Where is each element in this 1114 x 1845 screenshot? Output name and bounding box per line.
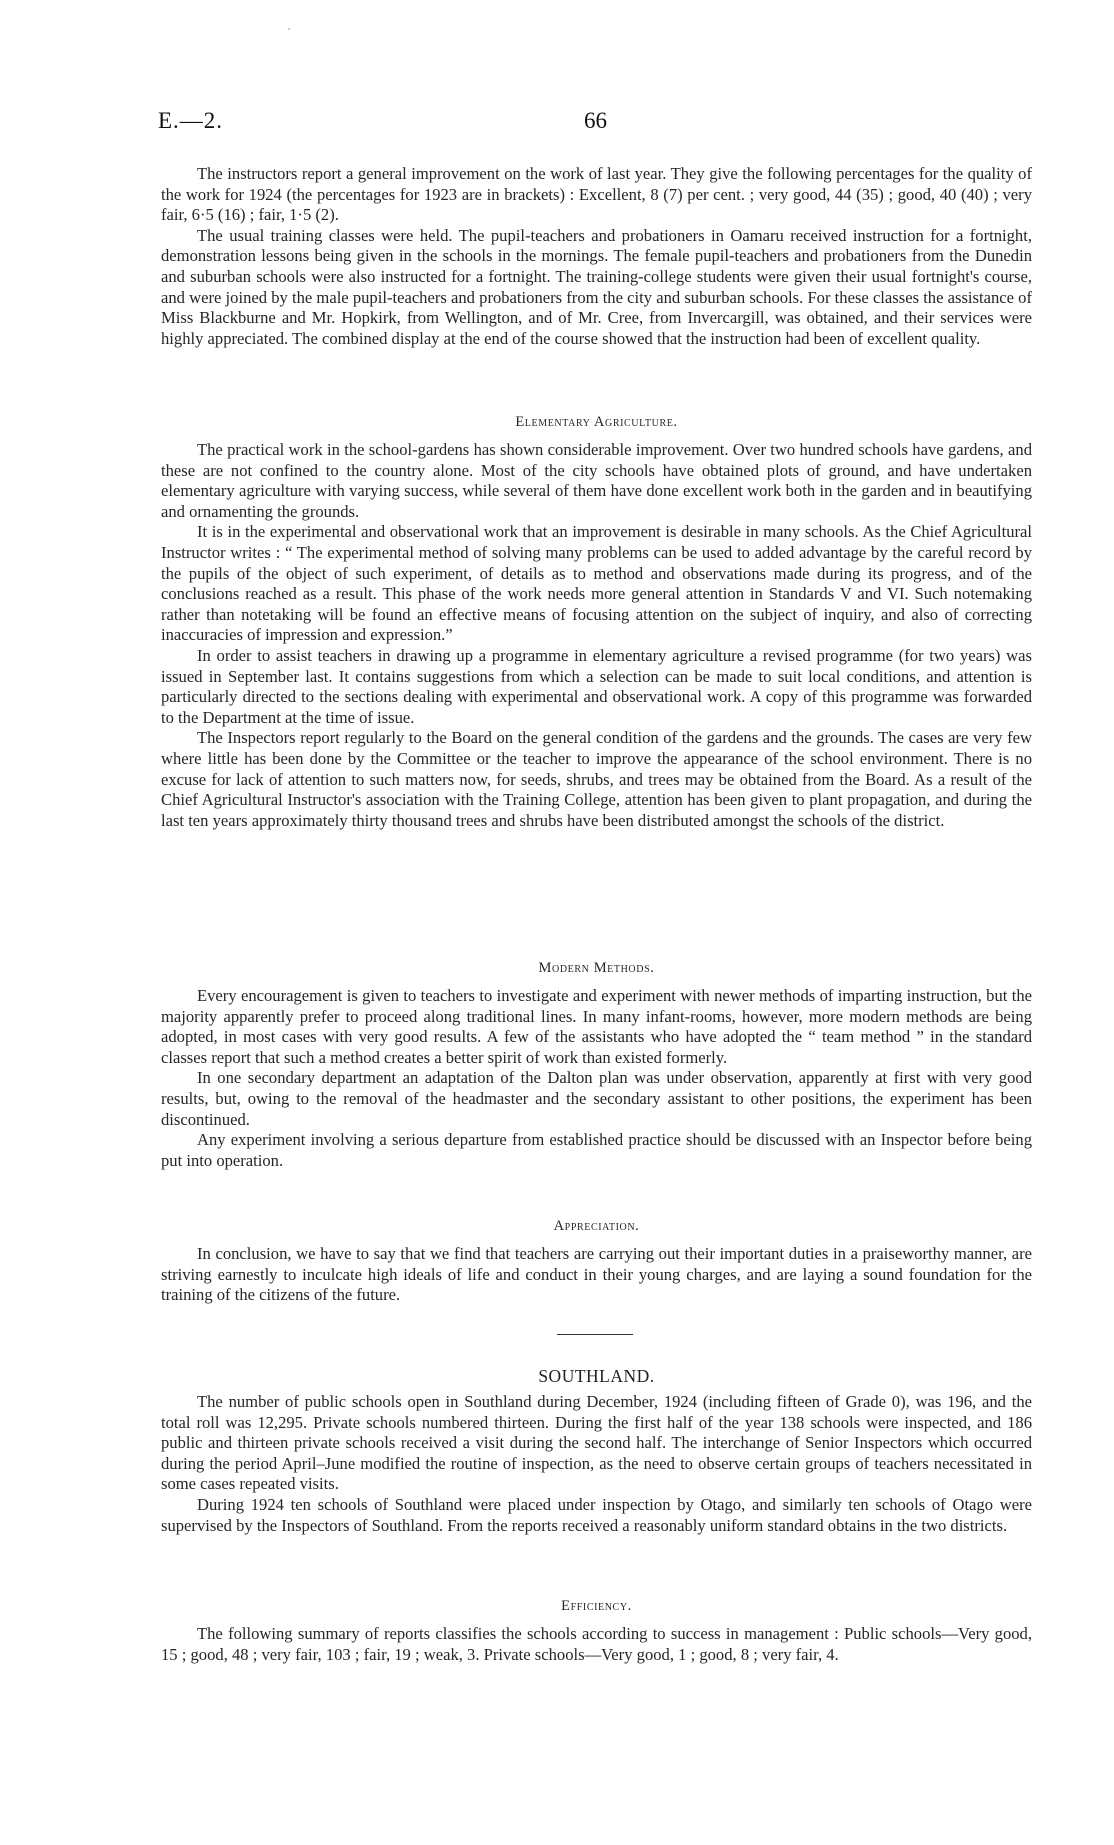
southland-section: The number of public schools open in Sou… [161,1392,1032,1536]
efficiency-section: The following summary of reports classif… [161,1624,1032,1665]
document-reference: E.—2. [158,108,223,134]
paragraph: In conclusion, we have to say that we fi… [161,1244,1032,1306]
paragraph: It is in the experimental and observatio… [161,522,1032,646]
paragraph: The instructors report a general improve… [161,164,1032,226]
paragraph: The Inspectors report regularly to the B… [161,728,1032,831]
section-heading-efficiency: Efficiency. [161,1598,1032,1615]
paragraph: During 1924 ten schools of Southland wer… [161,1495,1032,1536]
elementary-agriculture-section: The practical work in the school-gardens… [161,440,1032,831]
paragraph: Every encouragement is given to teachers… [161,986,1032,1068]
scan-speck [288,28,290,30]
paragraph: Any experiment involving a serious depar… [161,1130,1032,1171]
modern-methods-section: Every encouragement is given to teachers… [161,986,1032,1171]
section-heading-appreciation: Appreciation. [161,1218,1032,1235]
page-number: 66 [584,108,607,134]
paragraph: The number of public schools open in Sou… [161,1392,1032,1495]
section-heading-southland: SOUTHLAND. [161,1366,1032,1387]
section-heading-modern-methods: Modern Methods. [161,960,1032,977]
paragraph: In order to assist teachers in drawing u… [161,646,1032,728]
appreciation-section: In conclusion, we have to say that we fi… [161,1244,1032,1306]
intro-section: The instructors report a general improve… [161,164,1032,349]
page-header: E.—2. 66 [158,108,1032,140]
paragraph: The practical work in the school-gardens… [161,440,1032,522]
paragraph: The following summary of reports classif… [161,1624,1032,1665]
section-heading-elementary-agriculture: Elementary Agriculture. [161,414,1032,431]
section-divider [557,1334,633,1335]
paragraph: In one secondary department an adaptatio… [161,1068,1032,1130]
paragraph: The usual training classes were held. Th… [161,226,1032,350]
